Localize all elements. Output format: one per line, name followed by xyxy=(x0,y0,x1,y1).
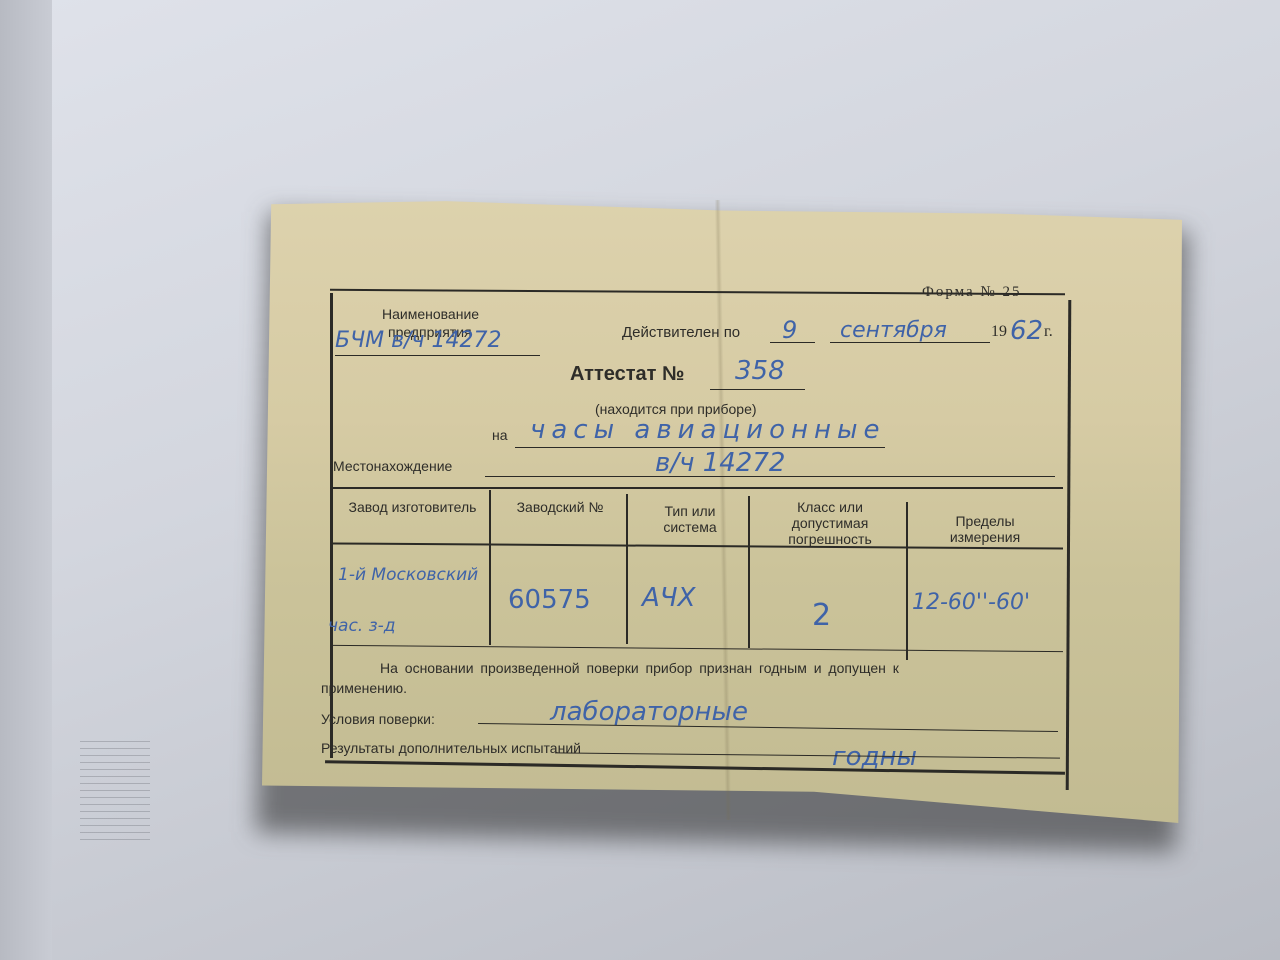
valid-month: сентября xyxy=(840,318,947,343)
cell-class: 2 xyxy=(812,598,831,633)
conclusion-line-1: На основании произведенной поверки прибо… xyxy=(380,660,899,676)
cell-limits: 12-60''-60' xyxy=(912,590,1030,615)
valid-year-prefix: 19 xyxy=(991,323,1007,341)
instrument-value: часы авиационные xyxy=(530,415,886,445)
header-limits: Пределы измерения xyxy=(925,513,1045,545)
additional-label: Результаты дополнительных испытаний xyxy=(321,740,581,756)
certificate-title: Аттестат № xyxy=(570,363,684,386)
header-serial: Заводский № xyxy=(500,499,620,515)
certificate-number: 358 xyxy=(735,356,785,386)
conclusion-line-2: применению. xyxy=(321,680,407,696)
form-number: Форма № 25 xyxy=(922,284,1021,301)
location-value: в/ч 14272 xyxy=(655,448,785,478)
enterprise-underline xyxy=(335,355,540,356)
valid-until-label: Действителен по xyxy=(622,324,740,341)
valid-year-suffix: 62 xyxy=(1010,316,1043,346)
table-col-sep-2 xyxy=(626,494,628,644)
on-label: на xyxy=(492,427,508,443)
verification-label: Условия поверки: xyxy=(321,711,435,727)
header-class: Класс или допустимая погрешность xyxy=(760,499,900,547)
header-type: Тип или система xyxy=(640,503,740,535)
background-ghost-print xyxy=(80,740,150,840)
cell-manufacturer-line2: час. з-д xyxy=(328,616,396,636)
cell-serial: 60575 xyxy=(508,585,591,615)
location-label: Местонахождение xyxy=(333,458,452,474)
enterprise-label-1: Наименование xyxy=(382,306,479,322)
enterprise-value: БЧМ в/ч 14272 xyxy=(335,328,502,353)
verification-value: лабораторные xyxy=(550,697,748,727)
table-col-sep-4 xyxy=(906,502,908,660)
valid-day-underline xyxy=(770,342,815,343)
cell-type: АЧХ xyxy=(642,583,695,613)
table-col-sep-3 xyxy=(748,496,750,648)
valid-year-end: г. xyxy=(1044,323,1053,341)
table-col-sep-1 xyxy=(489,490,491,645)
table-top-line xyxy=(333,487,1063,489)
background-edge xyxy=(0,0,52,960)
certificate-number-underline xyxy=(710,389,805,390)
valid-month-underline xyxy=(830,342,990,343)
cell-manufacturer-line1: 1-й Московский xyxy=(338,565,478,585)
header-manufacturer: Завод изготовитель xyxy=(340,499,485,515)
location-underline xyxy=(485,476,1055,477)
valid-day: 9 xyxy=(782,316,797,344)
